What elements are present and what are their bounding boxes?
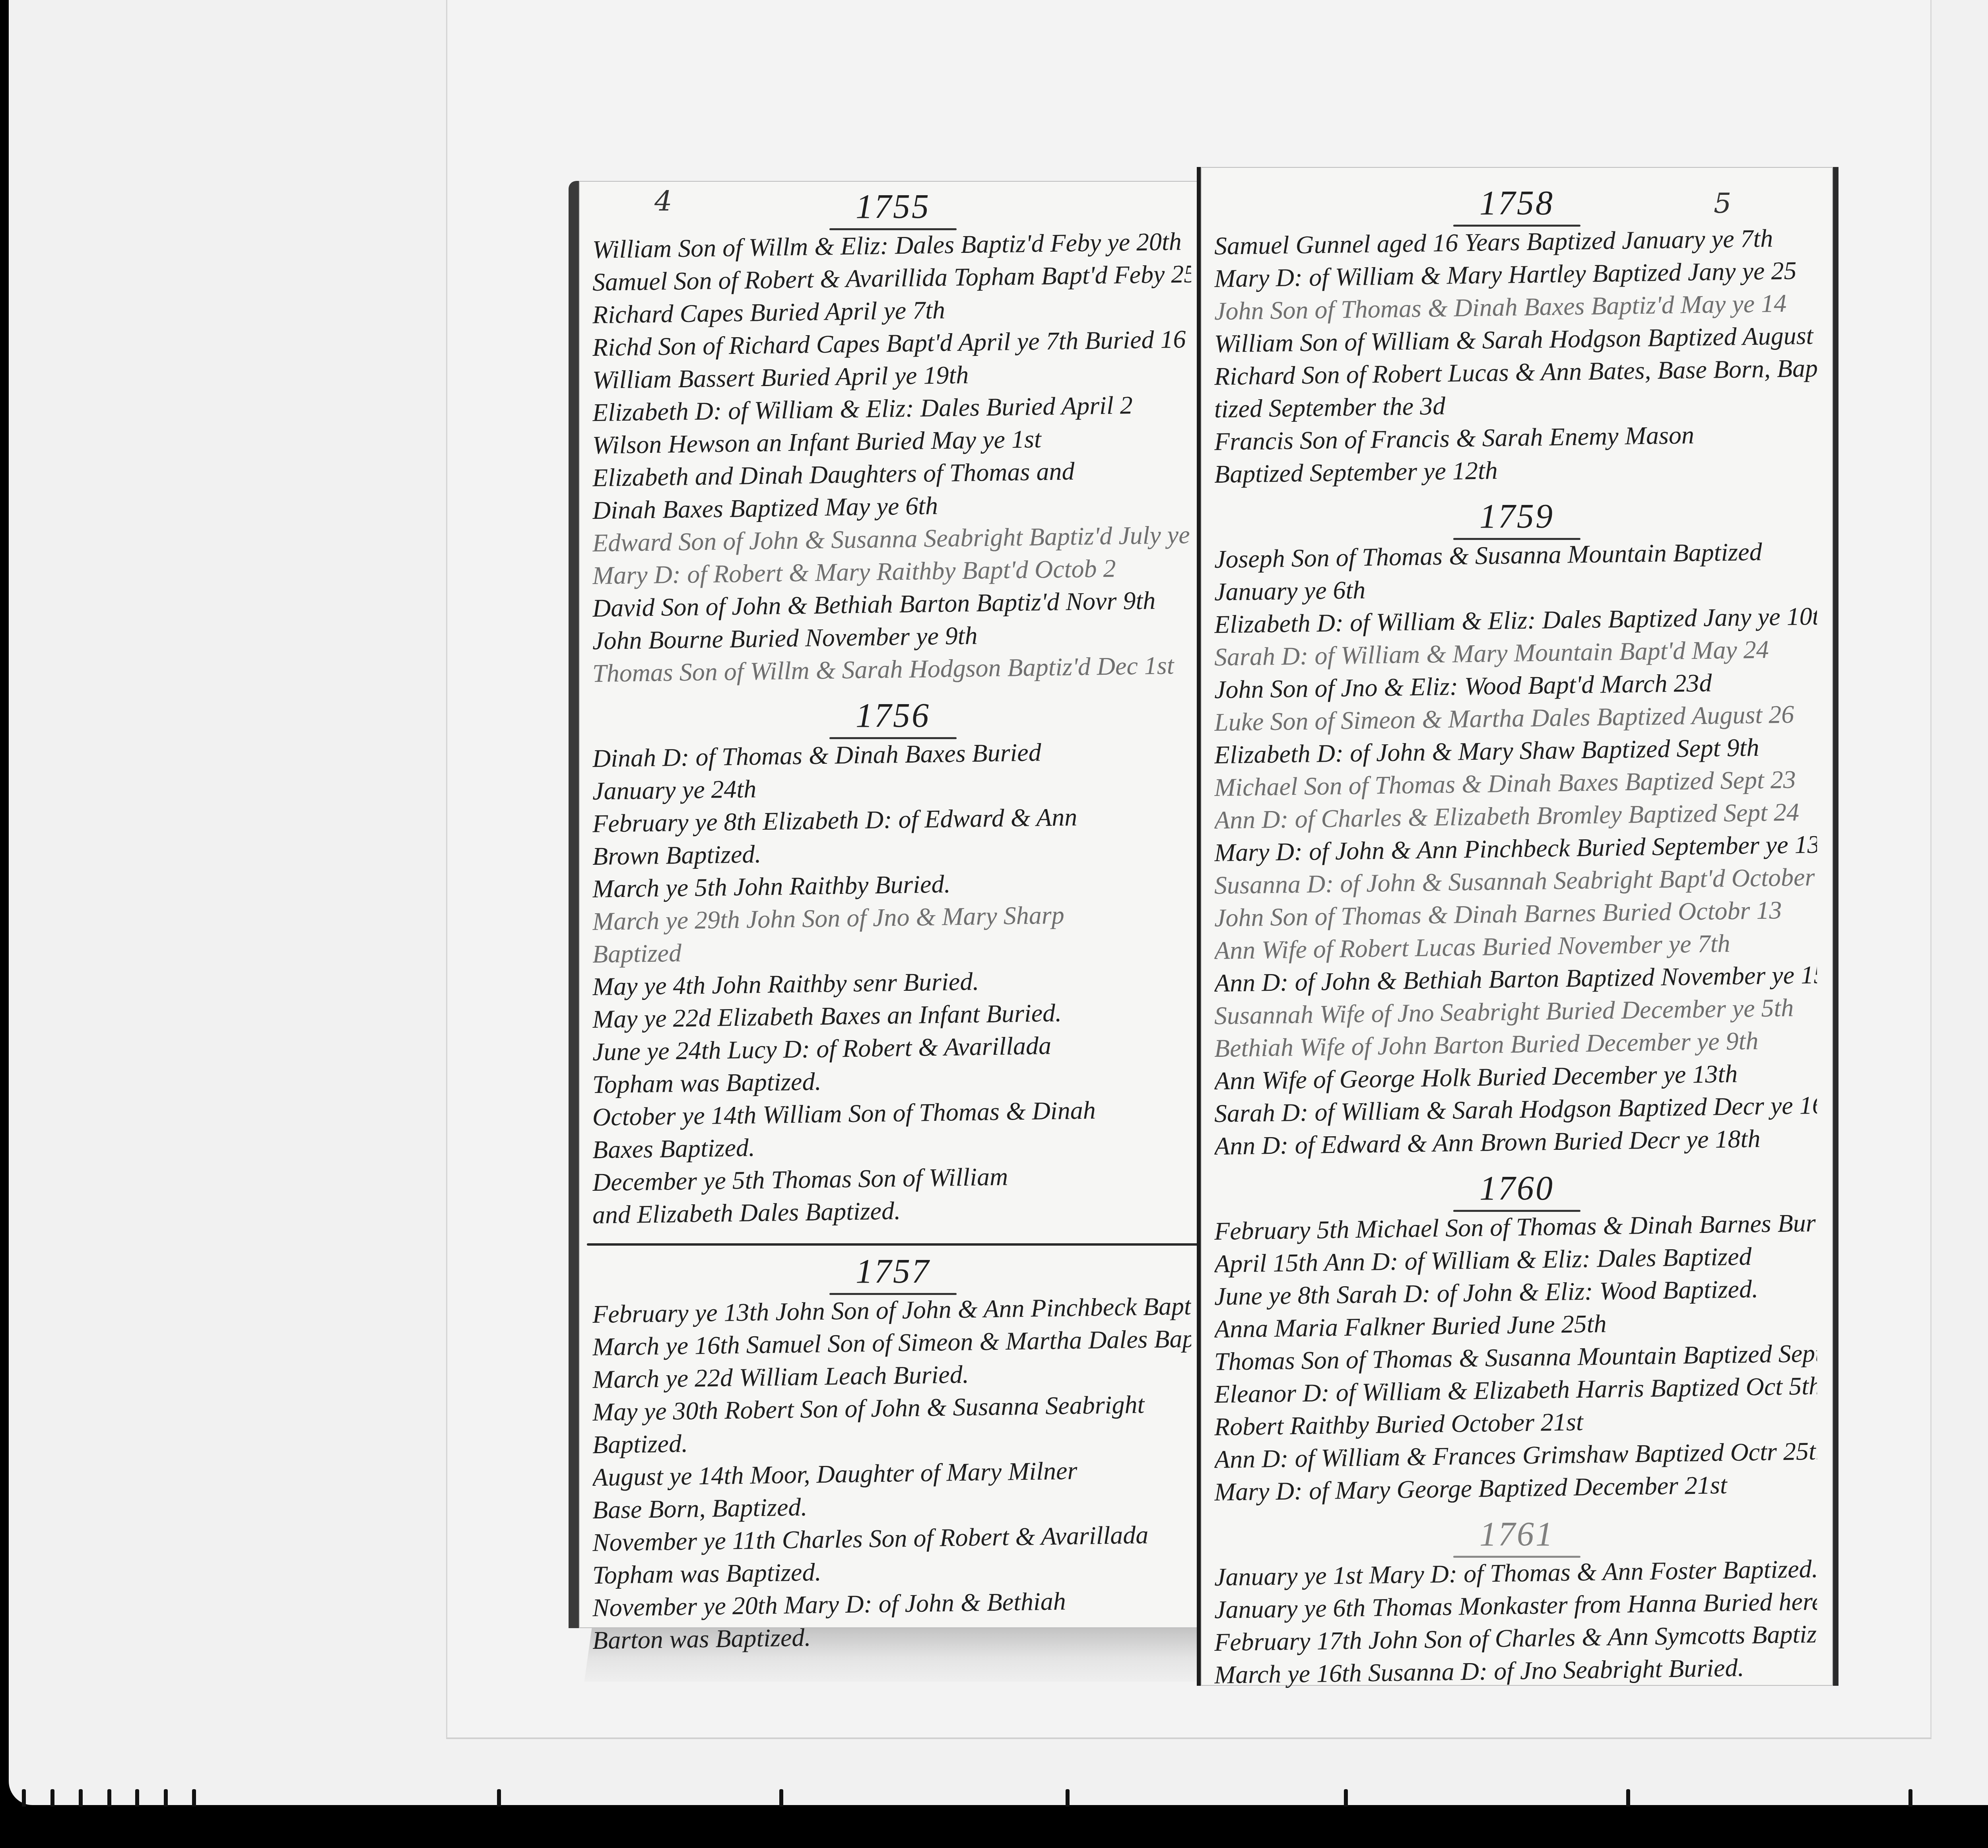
entry-list: Joseph Son of Thomas & Susanna Mountain … [1201,543,1833,1163]
entry-list: February ye 13th John Son of John & Ann … [579,1298,1207,1657]
year-heading: 1761 [1201,1514,1833,1554]
year-heading: 1758 [1201,183,1833,223]
entry-list: Samuel Gunnel aged 16 Years Baptized Jan… [1201,230,1833,491]
sprocket-mark [1344,1789,1348,1807]
sprocket-mark [192,1789,196,1807]
sprocket-mark [779,1789,783,1807]
entry-list: January ye 1st Mary D: of Thomas & Ann F… [1201,1561,1833,1691]
film-strip [0,1805,1988,1848]
year-section-1760: 1760 February 5th Michael Son of Thomas … [1201,1168,1833,1508]
sprocket-mark [497,1789,501,1807]
section-divider [587,1243,1199,1246]
sprocket-mark [164,1789,168,1807]
sprocket-mark [1626,1789,1630,1807]
year-section-1761: 1761 January ye 1st Mary D: of Thomas & … [1201,1514,1833,1691]
entry-list: Dinah D: of Thomas & Dinah Baxes Buried … [579,742,1207,1231]
entry-list: February 5th Michael Son of Thomas & Din… [1201,1215,1833,1508]
sprocket-mark [1066,1789,1070,1807]
sprocket-mark [22,1789,26,1807]
year-heading: 1755 [579,186,1207,226]
year-section-1758: 1758 Samuel Gunnel aged 16 Years Baptize… [1201,183,1833,491]
register-page-left: 4 1755 William Son of Willm & Eliz: Dale… [569,181,1207,1628]
year-section-1756: 1756 Dinah D: of Thomas & Dinah Baxes Bu… [579,695,1207,1246]
year-heading: 1760 [1201,1168,1833,1208]
year-section-1755: 1755 William Son of Willm & Eliz: Dales … [579,186,1207,690]
year-section-1757: 1757 February ye 13th John Son of John &… [579,1251,1207,1657]
sprocket-mark [135,1789,139,1807]
year-section-1759: 1759 Joseph Son of Thomas & Susanna Moun… [1201,496,1833,1163]
year-heading: 1759 [1201,496,1833,536]
sprocket-mark [50,1789,54,1807]
sprocket-mark [1908,1789,1912,1807]
sprocket-mark [79,1789,83,1807]
year-heading: 1757 [579,1251,1207,1291]
register-page-right: 5 1758 Samuel Gunnel aged 16 Years Bapti… [1197,167,1839,1686]
year-heading: 1756 [579,695,1207,735]
entry-list: William Son of Willm & Eliz: Dales Bapti… [579,233,1207,690]
sprocket-mark [107,1789,111,1807]
